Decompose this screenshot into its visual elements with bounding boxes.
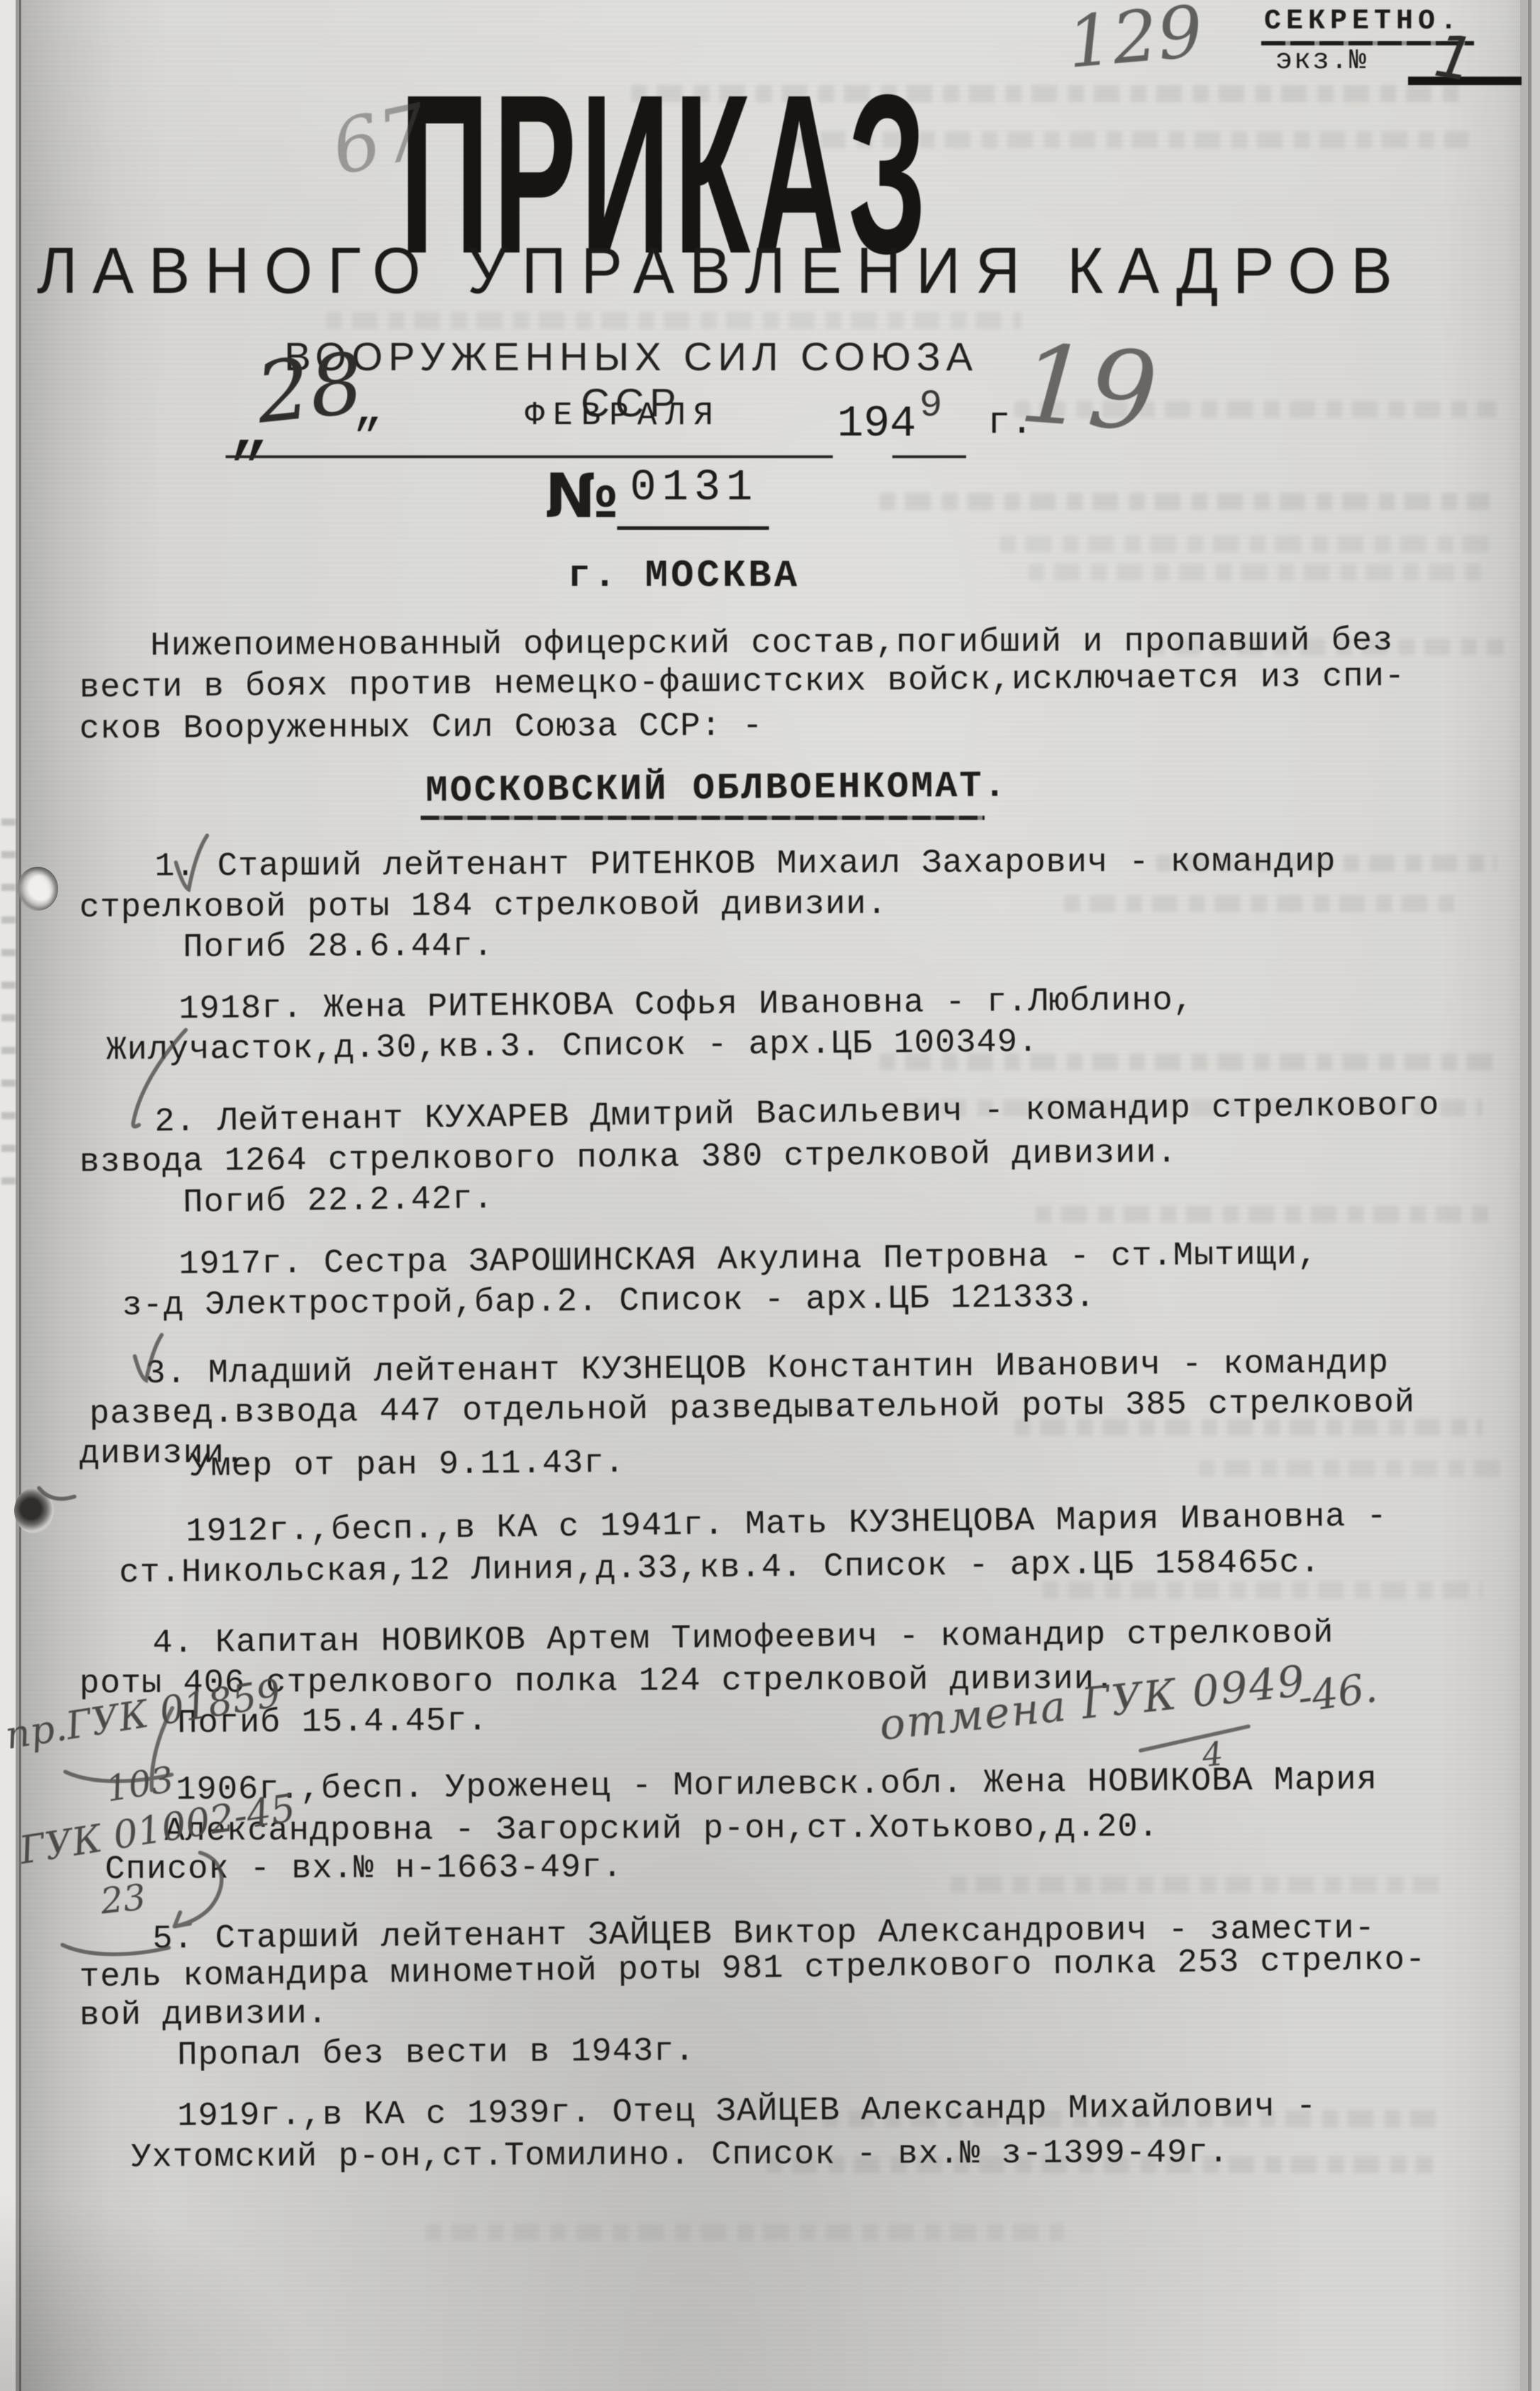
margin-underline-2	[62, 1945, 169, 1954]
checkmark-entry-3	[135, 1335, 162, 1380]
pencil-swoosh-entry-3	[39, 1488, 74, 1499]
margin-underline-1	[65, 1772, 172, 1781]
margin-arrow-to-entry-5	[175, 1853, 221, 1926]
document-page: СЕКРЕТНО. экз.№ ПРИКАЗ ЛАВНОГО УПРАВЛЕНИ…	[0, 0, 1540, 2391]
fraction-slash	[1141, 1726, 1248, 1751]
checkmark-entry-1	[176, 836, 207, 889]
margin-arrow-head	[175, 1912, 190, 1926]
checkmark-entry-2	[133, 1030, 186, 1126]
pencil-marks	[0, 0, 1540, 2391]
